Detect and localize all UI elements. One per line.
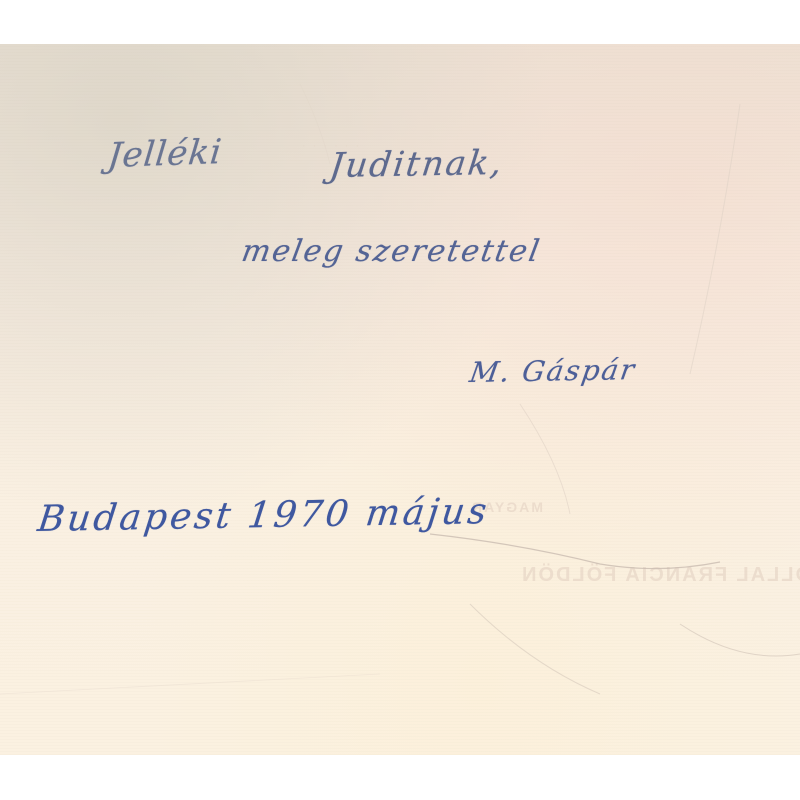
- dedication-greeting: meleg szeretettel: [239, 234, 544, 269]
- dedication-recipient-surname: Jelléki: [106, 132, 224, 176]
- book-page: · · · · · · MAGYAR MAGYAR TOLLAL FRANCIA…: [0, 44, 800, 755]
- dedication-recipient-given-name: Juditnak,: [328, 143, 506, 186]
- show-through-title-text: MAGYAR TOLLAL FRANCIA FÖLDÖN: [520, 564, 800, 587]
- scan-canvas: · · · · · · MAGYAR MAGYAR TOLLAL FRANCIA…: [0, 0, 800, 800]
- dedication-place-date: Budapest 1970 május: [35, 491, 491, 540]
- dedication-signature: M. Gáspár: [467, 353, 638, 389]
